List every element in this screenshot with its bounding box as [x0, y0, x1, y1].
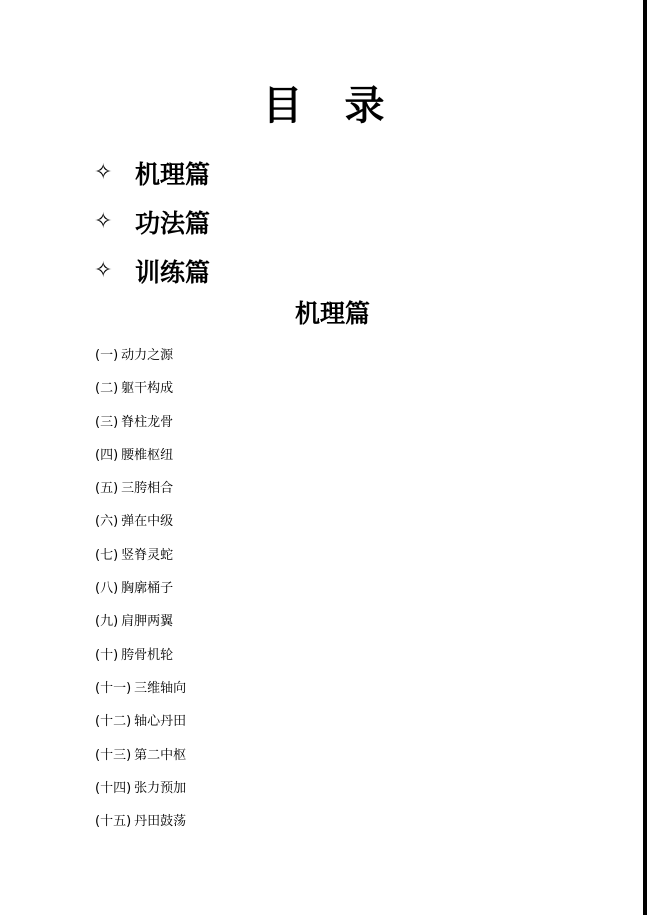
toc-item[interactable]: (七)竖脊灵蛇 [95, 545, 186, 578]
toc-list: (一)动力之源 (二)躯干构成 (三)脊柱龙骨 (四)腰椎枢纽 (五)三胯相合 … [95, 345, 186, 844]
section-label: 功法篇 [135, 204, 210, 240]
toc-label: 第二中枢 [134, 748, 186, 763]
toc-number: (八) [95, 581, 118, 596]
toc-item[interactable]: (三)脊柱龙骨 [95, 412, 186, 445]
toc-label: 轴心丹田 [134, 714, 186, 729]
toc-item[interactable]: (五)三胯相合 [95, 478, 186, 511]
four-point-star-icon: ✧ [94, 258, 135, 283]
section-item-training[interactable]: ✧ 训练篇 [94, 246, 210, 295]
toc-number: (十三) [95, 748, 131, 763]
toc-number: (十四) [95, 781, 131, 796]
toc-label: 竖脊灵蛇 [121, 548, 173, 563]
toc-item[interactable]: (四)腰椎枢纽 [95, 445, 186, 478]
title-char-2: 录 [345, 78, 385, 134]
page-edge-border [643, 0, 647, 915]
toc-number: (七) [95, 548, 118, 563]
toc-number: (一) [95, 348, 118, 363]
toc-number: (五) [95, 481, 118, 496]
section-item-mechanism[interactable]: ✧ 机理篇 [94, 148, 210, 197]
toc-label: 胸廓桶子 [121, 581, 173, 596]
page-title: 目录 [0, 78, 647, 134]
toc-item[interactable]: (十四)张力预加 [95, 778, 186, 811]
toc-label: 腰椎枢纽 [121, 448, 173, 463]
toc-label: 脊柱龙骨 [121, 415, 173, 430]
toc-label: 动力之源 [121, 348, 173, 363]
toc-number: (十五) [95, 814, 131, 829]
toc-number: (十二) [95, 714, 131, 729]
toc-label: 躯干构成 [121, 381, 173, 396]
toc-number: (十一) [95, 681, 131, 696]
toc-label: 胯骨机轮 [121, 648, 173, 663]
four-point-star-icon: ✧ [94, 160, 135, 185]
toc-item[interactable]: (二)躯干构成 [95, 378, 186, 411]
toc-label: 肩胛两翼 [121, 614, 173, 629]
title-char-1: 目 [263, 78, 303, 134]
toc-item[interactable]: (六)弹在中级 [95, 511, 186, 544]
toc-item[interactable]: (十)胯骨机轮 [95, 645, 186, 678]
toc-label: 三胯相合 [121, 481, 173, 496]
toc-item[interactable]: (九)肩胛两翼 [95, 611, 186, 644]
toc-item[interactable]: (十五)丹田鼓荡 [95, 811, 186, 844]
toc-item[interactable]: (十一)三维轴向 [95, 678, 186, 711]
toc-label: 三维轴向 [134, 681, 186, 696]
section-label: 机理篇 [135, 155, 210, 191]
section-item-methods[interactable]: ✧ 功法篇 [94, 197, 210, 246]
section-list: ✧ 机理篇 ✧ 功法篇 ✧ 训练篇 [94, 148, 210, 295]
toc-number: (四) [95, 448, 118, 463]
toc-number: (六) [95, 514, 118, 529]
toc-number: (三) [95, 415, 118, 430]
toc-item[interactable]: (十二)轴心丹田 [95, 711, 186, 744]
toc-number: (二) [95, 381, 118, 396]
toc-label: 弹在中级 [121, 514, 173, 529]
toc-number: (十) [95, 648, 118, 663]
toc-item[interactable]: (一)动力之源 [95, 345, 186, 378]
section-heading: 机理篇 [0, 296, 647, 332]
toc-item[interactable]: (十三)第二中枢 [95, 745, 186, 778]
toc-number: (九) [95, 614, 118, 629]
four-point-star-icon: ✧ [94, 209, 135, 234]
toc-item[interactable]: (八)胸廓桶子 [95, 578, 186, 611]
toc-label: 张力预加 [134, 781, 186, 796]
section-label: 训练篇 [135, 253, 210, 289]
toc-label: 丹田鼓荡 [134, 814, 186, 829]
